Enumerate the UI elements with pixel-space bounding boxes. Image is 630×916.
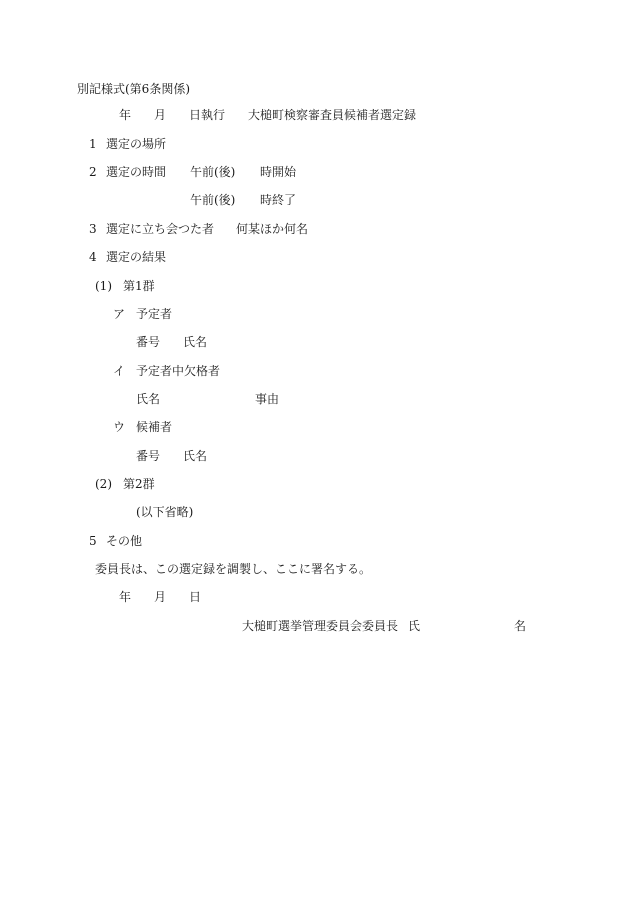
document-title: 大槌町検察審査員候補者選定録 <box>248 108 416 122</box>
closing-day: 日 <box>189 590 201 604</box>
closing-month: 月 <box>154 590 166 604</box>
subitem-i-col-reason: 事由 <box>255 392 279 406</box>
subitem-u-col-name: 氏名 <box>183 449 207 463</box>
subitem-i-label: 予定者中欠格者 <box>136 364 220 378</box>
item-2-start-ampm: 午前(後) <box>190 165 235 179</box>
item-2-end-ampm: 午前(後) <box>190 193 235 207</box>
group-2-number: (2) <box>95 477 112 491</box>
subitem-a-col-number: 番号 <box>136 335 160 349</box>
item-1-number: 1 <box>89 137 97 151</box>
group-1-number: (1) <box>95 279 112 293</box>
subitem-u-col-number: 番号 <box>136 449 160 463</box>
item-4-number: 4 <box>89 250 97 264</box>
subitem-u-label: 候補者 <box>136 420 172 434</box>
item-3-label: 選定に立ち会つた者 <box>106 222 214 236</box>
item-5-number: 5 <box>89 534 97 548</box>
signer-name-suffix: 名 <box>514 619 526 633</box>
subitem-i-col-name: 氏名 <box>136 392 160 406</box>
title-year: 年 <box>119 108 131 122</box>
item-1-label: 選定の場所 <box>106 137 166 151</box>
title-day-exec: 日執行 <box>189 108 225 122</box>
item-2-end: 時終了 <box>260 193 296 207</box>
group-2-note: (以下省略) <box>136 505 193 519</box>
closing-statement: 委員長は、この選定録を調製し、ここに署名する。 <box>95 562 371 576</box>
item-2-start: 時開始 <box>260 165 296 179</box>
group-2-label: 第2群 <box>123 477 155 491</box>
item-5-label: その他 <box>106 534 142 548</box>
closing-year: 年 <box>119 590 131 604</box>
item-2-number: 2 <box>89 165 97 179</box>
item-4-label: 選定の結果 <box>106 250 166 264</box>
item-3-value: 何某ほか何名 <box>236 222 308 236</box>
signer-name-prefix: 氏 <box>408 619 420 633</box>
document-page: 別記様式(第6条関係) 年 月 日執行 大槌町検察審査員候補者選定録 1 選定の… <box>0 0 630 916</box>
subitem-u-kana: ウ <box>113 420 125 434</box>
subitem-i-kana: イ <box>113 364 125 378</box>
form-heading: 別記様式(第6条関係) <box>77 82 190 96</box>
group-1-label: 第1群 <box>123 279 155 293</box>
subitem-a-col-name: 氏名 <box>183 335 207 349</box>
item-2-label: 選定の時間 <box>106 165 166 179</box>
signer-title: 大槌町選挙管理委員会委員長 <box>242 619 398 633</box>
subitem-a-kana: ア <box>113 307 125 321</box>
subitem-a-label: 予定者 <box>136 307 172 321</box>
item-3-number: 3 <box>89 222 97 236</box>
title-month: 月 <box>154 108 166 122</box>
